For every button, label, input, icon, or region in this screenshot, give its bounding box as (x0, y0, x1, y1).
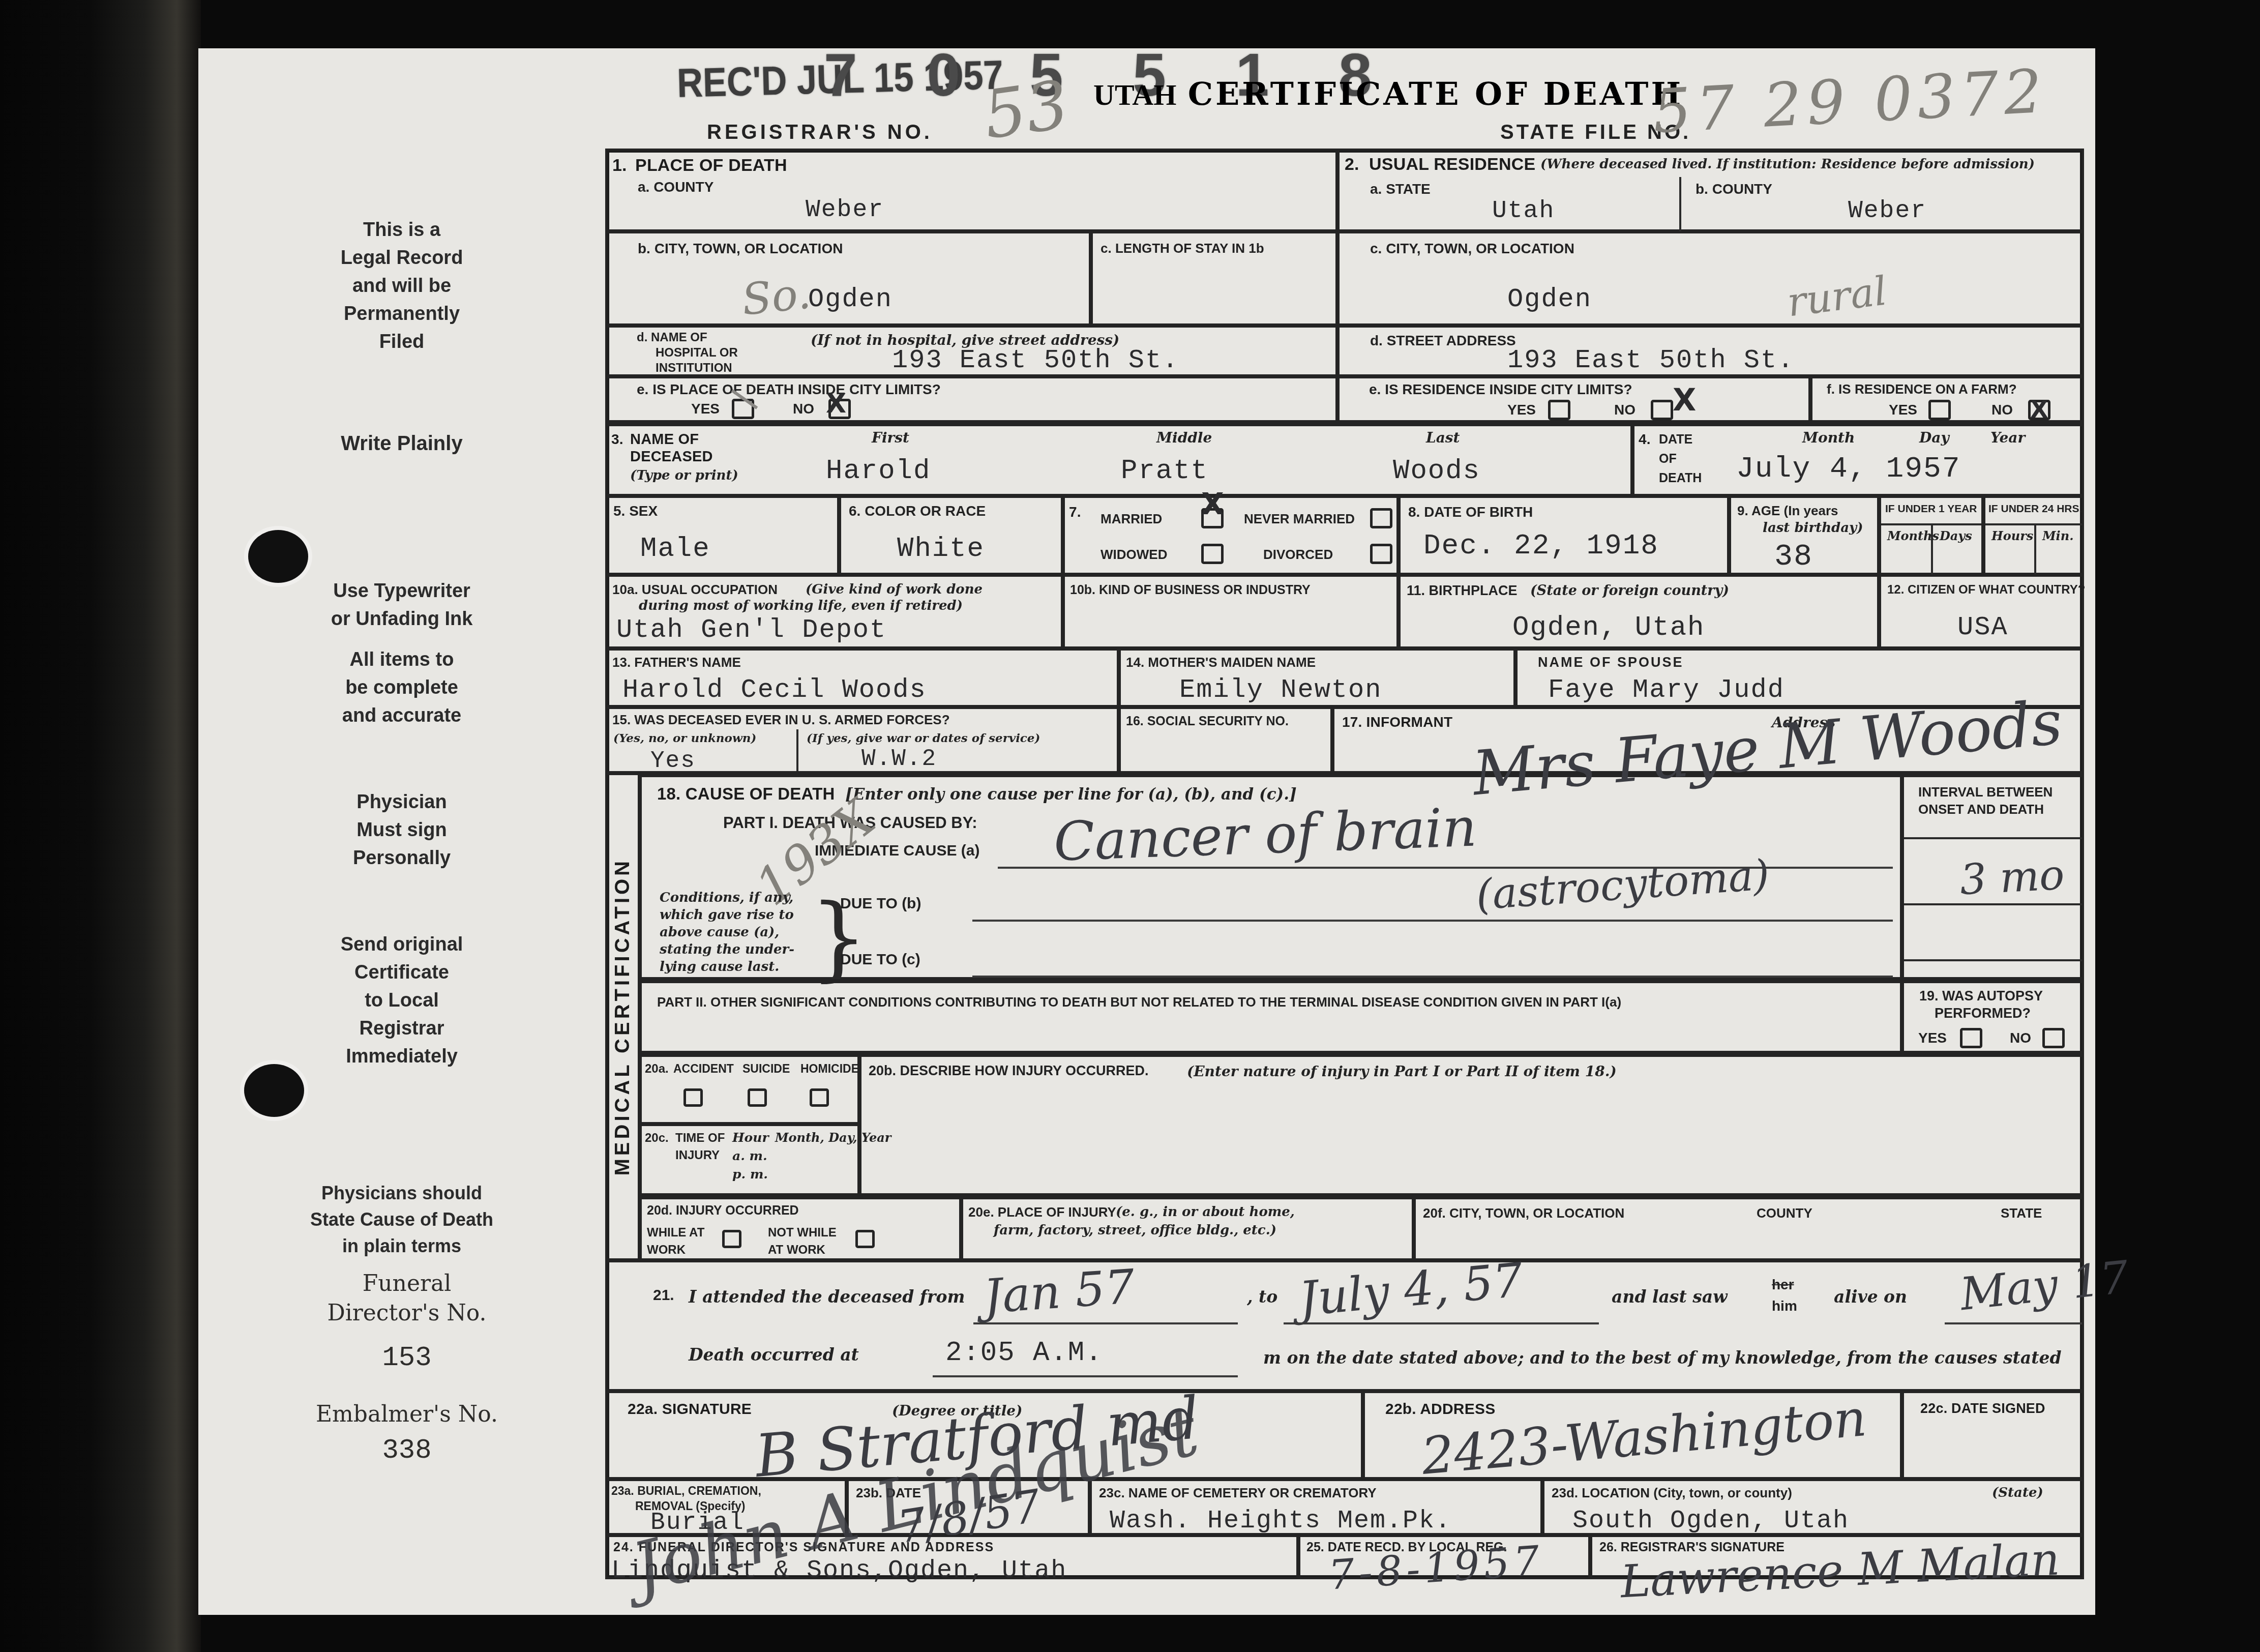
s2e-yes-checkbox (1548, 400, 1570, 420)
s18-cause-a2-value: (astrocytoma) (1474, 851, 1771, 920)
cell-11-birthplace: 11. BIRTHPLACE (State or foreign country… (1399, 575, 1879, 648)
s3-first-value: Harold (826, 456, 931, 487)
s7-widowed-checkbox (1201, 544, 1224, 564)
s1b-value: Ogden (808, 284, 893, 314)
s1e-no: NO (793, 401, 814, 417)
s1c-label: c. LENGTH OF STAY IN 1b (1101, 241, 1264, 256)
s2a-value: Utah (1492, 197, 1555, 225)
s21-text1: I attended the deceased from (689, 1287, 965, 1307)
s21-her: her (1772, 1277, 1794, 1293)
cell-8-dob: 8. DATE OF BIRTH Dec. 22, 1918 (1399, 496, 1729, 575)
s2e-x-mark: X (1673, 382, 1696, 418)
s3-col-middle: Middle (1156, 429, 1212, 446)
s2e-yes: YES (1507, 402, 1536, 418)
embalmer-no-value: 338 (214, 1435, 600, 1466)
s11-label: 11. BIRTHPLACE (1407, 583, 1518, 599)
s21-text5: Death occurred at (689, 1345, 859, 1365)
cell-13-father: 13. FATHER'S NAME Harold Cecil Woods (605, 648, 1119, 707)
s20c-l2: INJURY (675, 1148, 720, 1163)
s18-bracket-note: [Enter only one cause per line for (a), … (845, 785, 1297, 804)
s1d-value: 193 East 50th St. (892, 345, 1179, 375)
s17-label: 17. INFORMANT (1342, 714, 1452, 730)
margin-note-physician-sign: PhysicianMust signPersonally (214, 788, 590, 872)
page-title: UTAH CERTIFICATE OF DEATH (1093, 75, 1683, 112)
s1d-label2: HOSPITAL OR (656, 346, 738, 360)
s23d-label: 23d. LOCATION (City, town, or county) (1552, 1485, 1792, 1501)
s3-num: 3. (611, 431, 623, 448)
spouse-label: NAME OF SPOUSE (1538, 655, 1684, 670)
s21-text2: , to (1247, 1287, 1277, 1307)
s2e-no-checkbox (1651, 400, 1673, 420)
s3-l1: NAME OF (630, 431, 699, 448)
s9-u2-label: IF UNDER 24 HRS. (1988, 503, 2082, 515)
s11-value: Ogden, Utah (1512, 612, 1705, 643)
spouse-value: Faye Mary Judd (1548, 675, 1785, 705)
s15-value1: Yes (650, 748, 696, 774)
cell-1e-city-limits: e. IS PLACE OF DEATH INSIDE CITY LIMITS?… (605, 376, 1337, 422)
s18-line-b (972, 920, 1893, 922)
s21-time-value: 2:05 A.M. (945, 1338, 1103, 1369)
cell-19-autopsy: 19. WAS AUTOPSY PERFORMED? YES NO (1902, 979, 2084, 1053)
part2-label: PART II. OTHER SIGNIFICANT CONDITIONS CO… (657, 994, 1621, 1010)
cell-interval: INTERVAL BETWEEN ONSET AND DEATH 3 mo (1902, 773, 2084, 979)
s23d-value: South Ogden, Utah (1572, 1507, 1849, 1536)
s4-l1: DATE (1659, 432, 1692, 447)
s23c-value: Wash. Heights Mem.Pk. (1110, 1507, 1451, 1536)
s23d-state-note: (State) (1992, 1485, 2043, 1500)
s20c-am: a. m. (732, 1148, 767, 1163)
s21-line-time (933, 1375, 1238, 1377)
s1e-no-x-mark: X (826, 389, 846, 419)
s4-col-day: Day (1919, 429, 1949, 446)
s21-line-date (1945, 1322, 2082, 1324)
s21-him: him (1772, 1298, 1797, 1314)
cell-20e: 20e. PLACE OF INJURY (e. g., in or about… (961, 1195, 1414, 1260)
s14-label: 14. MOTHER'S MAIDEN NAME (1126, 655, 1316, 670)
medical-certification-label: MEDICAL CERTIFICATION (611, 858, 634, 1176)
s4-l2: OF (1659, 452, 1677, 466)
cell-6-race: 6. COLOR OR RACE White (839, 496, 1063, 575)
s3-note: (Type or print) (630, 468, 738, 483)
s15-value2: W.W.2 (861, 746, 937, 772)
medical-certification-strip: MEDICAL CERTIFICATION (605, 773, 640, 1260)
s9-hours-label: Hours (1991, 528, 2033, 543)
s1d-label3: INSTITUTION (656, 361, 732, 375)
s8-value: Dec. 22, 1918 (1423, 529, 1659, 562)
s7-num: 7. (1069, 504, 1081, 520)
margin-note-complete: All items tobe completeand accurate (214, 646, 590, 730)
s9-min-label: Min. (2042, 528, 2074, 543)
s20d-n2: AT WORK (768, 1243, 825, 1257)
s2c-pencil-rural: rural (1785, 268, 1889, 326)
embalmer-no-label: Embalmer's No. (214, 1401, 600, 1427)
s20a-num: 20a. (645, 1062, 669, 1076)
s20c-l1: TIME OF (675, 1131, 725, 1145)
s20a-homicide: HOMICIDE (800, 1062, 859, 1076)
cell-4-date-of-death: 4. DATE OF DEATH Month Day Year July 4, … (1632, 422, 2084, 496)
s20d-while-checkbox (722, 1230, 741, 1248)
s1e-yes: YES (691, 401, 720, 417)
cell-5-sex: 5. SEX Male (605, 496, 839, 575)
s23c-label: 23c. NAME OF CEMETERY OR CREMATORY (1099, 1485, 1377, 1501)
cell-7-marital: 7. MARRIED X NEVER MARRIED WIDOWED DIVOR… (1063, 496, 1399, 575)
s9-days-label: Days (1940, 528, 1972, 543)
s18-cond-1: Conditions, if any, (660, 890, 793, 905)
s20d-notwhile-checkbox (855, 1230, 875, 1248)
s2f-yes-checkbox (1928, 400, 1951, 420)
s4-col-month: Month (1802, 429, 1855, 446)
s20e-note2: farm, factory, street, office bldg., etc… (994, 1223, 1276, 1238)
s2a-label: a. STATE (1370, 181, 1431, 197)
s16-label: 16. SOCIAL SECURITY NO. (1126, 714, 1289, 729)
s23a-label1: 23a. BURIAL, CREMATION, (611, 1484, 761, 1498)
s21-num: 21. (653, 1287, 674, 1304)
s4-l3: DEATH (1659, 471, 1702, 486)
s2e-no: NO (1614, 402, 1635, 418)
s20a-suicide-checkbox (748, 1088, 767, 1107)
s2-note: (Where deceased lived. If institution: R… (1540, 157, 2035, 172)
s20f-county: COUNTY (1757, 1205, 1812, 1221)
cell-2ab-state-county: 2. USUAL RESIDENCE (Where deceased lived… (1337, 149, 2084, 231)
cell-1b-city: b. CITY, TOWN, OR LOCATION So. Ogden (605, 231, 1091, 326)
cell-18-cause: 18. CAUSE OF DEATH [Enter only one cause… (640, 773, 1902, 979)
funeral-director-no-value: 153 (214, 1343, 600, 1374)
s20f-state: STATE (2001, 1205, 2042, 1221)
s15-note1: (Yes, no, or unknown) (613, 731, 756, 745)
s2-title: USUAL RESIDENCE (1369, 155, 1535, 174)
s13-value: Harold Cecil Woods (622, 675, 927, 705)
cell-1c-length-of-stay: c. LENGTH OF STAY IN 1b (1091, 231, 1337, 326)
s2b-value: Weber (1848, 197, 1926, 225)
cell-15-armed-forces: 15. WAS DECEASED EVER IN U. S. ARMED FOR… (605, 707, 1119, 773)
s20d-n1: NOT WHILE (768, 1226, 837, 1240)
cell-2d-street: d. STREET ADDRESS 193 East 50th St. (1337, 326, 2084, 376)
cell-part2: PART II. OTHER SIGNIFICANT CONDITIONS CO… (640, 979, 1902, 1053)
cell-23d-location: 23d. LOCATION (City, town, or county) (S… (1542, 1479, 2084, 1535)
s21-line-to (1284, 1322, 1599, 1324)
s9-label2: last birthday) (1763, 520, 1863, 536)
s2d-value: 193 East 50th St. (1507, 345, 1795, 375)
title-certificate-of-death: CERTIFICATE OF DEATH (1188, 75, 1683, 112)
s4-value: July 4, 1957 (1736, 453, 1961, 486)
s1a-label: a. COUNTY (638, 179, 713, 195)
s7-married-x-mark: X (1201, 487, 1224, 521)
s21-text3: and last saw (1612, 1287, 1728, 1307)
cell-3-name: 3. NAME OF DECEASED (Type or print) Firs… (605, 422, 1632, 496)
s5-value: Male (640, 534, 710, 565)
cell-10b-industry: 10b. KIND OF BUSINESS OR INDUSTRY (1063, 575, 1399, 648)
s21-text4: alive on (1834, 1287, 1907, 1307)
s2f-yes: YES (1889, 402, 1917, 418)
cell-9-under24h: IF UNDER 24 HRS. Hours Min. (1983, 496, 2084, 575)
punch-hole-top (248, 530, 308, 583)
s18-cause-a-value: Cancer of brain (1053, 796, 1478, 873)
s1-num: 1. (612, 156, 627, 175)
interval-line-2 (1904, 903, 2082, 905)
s1a-value: Weber (806, 196, 884, 224)
margin-note-typewriter: Use Typewriteror Unfading Ink (214, 577, 590, 633)
s10a-value: Utah Gen'l Depot (616, 615, 886, 645)
divider-2a-2b (1679, 177, 1681, 231)
s20c-num: 20c. (645, 1131, 669, 1145)
s6-label: 6. COLOR OR RACE (849, 503, 986, 519)
s3-l2: DECEASED (630, 449, 713, 465)
s18-due-b-label: DUE TO (b) (840, 895, 921, 912)
s2c-value: Ogden (1507, 284, 1592, 314)
s21-alive-date: May 17 (1958, 1251, 2131, 1320)
s2f-label: f. IS RESIDENCE ON A FARM? (1827, 381, 2017, 397)
s2c-label: c. CITY, TOWN, OR LOCATION (1370, 241, 1574, 257)
s19-yes-checkbox (1960, 1028, 1982, 1048)
s20b-label: 20b. DESCRIBE HOW INJURY OCCURRED. (869, 1063, 1149, 1079)
s18-interval-label2: ONSET AND DEATH (1918, 802, 2044, 817)
cell-21-attended: 21. I attended the deceased from Jan 57 … (605, 1260, 2084, 1391)
s9-months-label: Months (1887, 528, 1939, 543)
s15-divider (796, 729, 798, 771)
s18-label: 18. CAUSE OF DEATH (657, 784, 835, 804)
cell-10a-occupation: 10a. USUAL OCCUPATION (Give kind of work… (605, 575, 1063, 648)
s20d-label: 20d. INJURY OCCURRED (647, 1203, 799, 1218)
s10a-note2: during most of working life, even if ret… (639, 598, 963, 613)
margin-note-plain-terms: Physicians shouldState Cause of Deathin … (214, 1180, 590, 1259)
s9-u1-label: IF UNDER 1 YEAR (1885, 503, 1977, 515)
s13-label: 13. FATHER'S NAME (612, 655, 741, 670)
s5-label: 5. SEX (613, 503, 658, 519)
s2f-x-mark: X (2030, 396, 2048, 423)
s7-never-checkbox (1370, 508, 1392, 528)
s20f-label: 20f. CITY, TOWN, OR LOCATION (1423, 1205, 1624, 1221)
s20a-suicide: SUICIDE (742, 1062, 790, 1076)
cell-1a-county: 1. PLACE OF DEATH a. COUNTY Weber (605, 149, 1337, 231)
funeral-director-no-label: FuneralDirector's No. (214, 1269, 600, 1328)
cell-22c-date-signed: 22c. DATE SIGNED (1902, 1391, 2084, 1479)
s21-text6: m on the date stated above; and to the b… (1263, 1348, 2061, 1368)
s20e-label: 20e. PLACE OF INJURY (968, 1204, 1116, 1220)
cell-20a: 20a. ACCIDENT SUICIDE HOMICIDE (640, 1053, 859, 1124)
s22c-label: 22c. DATE SIGNED (1920, 1401, 2045, 1417)
s19-label2: PERFORMED? (1935, 1006, 2031, 1021)
s7-divorced: DIVORCED (1263, 547, 1333, 563)
cell-2c-city: c. CITY, TOWN, OR LOCATION Ogden rural (1337, 231, 2084, 326)
interval-line-3 (1904, 959, 2082, 961)
margin-note-legal-record: This is aLegal Record and will bePermane… (214, 216, 590, 356)
cell-12-citizen: 12. CITIZEN OF WHAT COUNTRY? USA (1879, 575, 2084, 648)
s20c-hour: Hour (732, 1130, 769, 1145)
s3-middle-value: Pratt (1121, 456, 1208, 487)
s10b-label: 10b. KIND OF BUSINESS OR INDUSTRY (1070, 583, 1311, 598)
cell-17-informant: 17. INFORMANT Address Mrs Faye M Woods (1332, 707, 2084, 773)
registrars-no-label: REGISTRAR'S NO. (707, 121, 933, 144)
book-spine (0, 0, 201, 1652)
s4-col-year: Year (1990, 429, 2025, 446)
s7-divorced-checkbox (1370, 544, 1392, 564)
s15-label: 15. WAS DECEASED EVER IN U. S. ARMED FOR… (612, 712, 950, 728)
interval-line-1 (1904, 837, 2082, 839)
s21-to-value: July 4, 57 (1297, 1253, 1525, 1326)
s9-label1: 9. AGE (In years (1737, 503, 1838, 519)
s9-u2-divider-h (1985, 523, 2082, 525)
s2-num: 2. (1345, 155, 1359, 174)
s3-col-last: Last (1426, 429, 1460, 446)
s18-cond-3: above cause (a), (660, 925, 779, 940)
cell-26-registrar: 26. REGISTRAR'S SIGNATURE Lawrence M Mal… (1590, 1535, 2084, 1579)
cell-20f: 20f. CITY, TOWN, OR LOCATION COUNTY STAT… (1414, 1195, 2084, 1260)
s3-col-first: First (872, 429, 909, 446)
s2d-label: d. STREET ADDRESS (1370, 333, 1516, 349)
s2e-label: e. IS RESIDENCE INSIDE CITY LIMITS? (1369, 381, 1632, 398)
s18-due-c-label: DUE TO (c) (840, 951, 920, 968)
s18-cond-4: stating the under- (660, 942, 794, 957)
s2f-no: NO (1991, 402, 2013, 418)
s9-u2-divider-v (2034, 523, 2036, 575)
s20d-w2: WORK (647, 1243, 686, 1257)
s6-value: White (897, 534, 985, 565)
s20b-note: (Enter nature of injury in Part I or Par… (1187, 1063, 1617, 1080)
registrars-no-value: 53 (979, 66, 1073, 154)
s18-cond-2: which gave rise to (660, 907, 794, 923)
punch-hole-bottom (244, 1064, 304, 1117)
cell-14-mother: 14. MOTHER'S MAIDEN NAME Emily Newton (1119, 648, 1515, 707)
s10a-note1: (Give kind of work done (806, 582, 983, 597)
s18-interval-label1: INTERVAL BETWEEN (1918, 784, 2053, 800)
s20d-w1: WHILE AT (647, 1226, 704, 1240)
cell-20b: 20b. DESCRIBE HOW INJURY OCCURRED. (Ente… (859, 1053, 2084, 1195)
s9-value: 38 (1774, 540, 1813, 574)
s7-married: MARRIED (1101, 511, 1162, 527)
cell-23c-cemetery: 23c. NAME OF CEMETERY OR CREMATORY Wash.… (1090, 1479, 1542, 1535)
s7-widowed: WIDOWED (1101, 547, 1167, 563)
s7-never: NEVER MARRIED (1244, 511, 1355, 527)
s2b-label: b. COUNTY (1696, 181, 1772, 197)
cell-9-under1yr: IF UNDER 1 YEAR Months Days (1879, 496, 1983, 575)
s1b-hand-so: So. (739, 268, 813, 326)
s18-interval-value: 3 mo (1959, 851, 2066, 905)
s19-yes: YES (1918, 1030, 1947, 1046)
s19-no: NO (2010, 1030, 2031, 1046)
cell-20c: 20c. TIME OF INJURY Hour a. m. p. m. Mon… (640, 1124, 859, 1195)
margin-note-send-original: Send originalCertificate to LocalRegistr… (214, 931, 590, 1071)
s21-line-from (973, 1322, 1238, 1324)
s1e-label: e. IS PLACE OF DEATH INSIDE CITY LIMITS? (637, 381, 941, 398)
s20c-pm: p. m. (732, 1167, 768, 1182)
title-utah: UTAH (1093, 78, 1176, 111)
s20e-note1: (e. g., in or about home, (1116, 1204, 1295, 1220)
s20a-accident-checkbox (683, 1088, 703, 1107)
s1d-label1: d. NAME OF (637, 331, 707, 345)
s21-from-value: Jan 57 (982, 1259, 1137, 1324)
s19-label1: 19. WAS AUTOPSY (1919, 988, 2043, 1004)
s1-title: PLACE OF DEATH (635, 156, 787, 175)
s11-note: (State or foreign country) (1530, 583, 1729, 599)
s19-no-checkbox (2042, 1028, 2065, 1048)
cell-9-age: 9. AGE (In years last birthday) 38 (1729, 496, 1879, 575)
cell-2f-farm: f. IS RESIDENCE ON A FARM? YES NO X (1810, 376, 2084, 422)
s22b-label: 22b. ADDRESS (1385, 1401, 1495, 1418)
cell-1d-hospital: d. NAME OF HOSPITAL OR INSTITUTION (If n… (605, 326, 1337, 376)
s12-label: 12. CITIZEN OF WHAT COUNTRY? (1887, 583, 2085, 597)
cell-25-date-recd: 25. DATE RECD. BY LOCAL REG. 7-8-1957 (1298, 1535, 1590, 1579)
s22a-label: 22a. SIGNATURE (628, 1401, 752, 1418)
s3-last-value: Woods (1393, 456, 1480, 487)
s12-value: USA (1957, 612, 2008, 642)
cell-20d: 20d. INJURY OCCURRED WHILE AT WORK NOT W… (640, 1195, 961, 1260)
s14-value: Emily Newton (1179, 675, 1382, 705)
s20a-accident: ACCIDENT (673, 1062, 734, 1076)
cell-22b-address: 22b. ADDRESS 2423-Washington (1363, 1391, 1902, 1479)
s8-label: 8. DATE OF BIRTH (1408, 504, 1533, 520)
s4-num: 4. (1639, 431, 1651, 448)
s15-note2: (If yes, give war or dates of service) (807, 731, 1040, 745)
s10a-label: 10a. USUAL OCCUPATION (612, 582, 778, 598)
margin-note-write-plainly: Write Plainly (214, 430, 590, 458)
s18-line-c (972, 976, 1893, 978)
cell-2e-city-limits: e. IS RESIDENCE INSIDE CITY LIMITS? YES … (1337, 376, 1810, 422)
s1b-label: b. CITY, TOWN, OR LOCATION (638, 241, 843, 257)
s20a-homicide-checkbox (810, 1088, 829, 1107)
s18-cond-5: lying cause last. (660, 959, 779, 975)
cell-16-ssn: 16. SOCIAL SECURITY NO. (1119, 707, 1332, 773)
